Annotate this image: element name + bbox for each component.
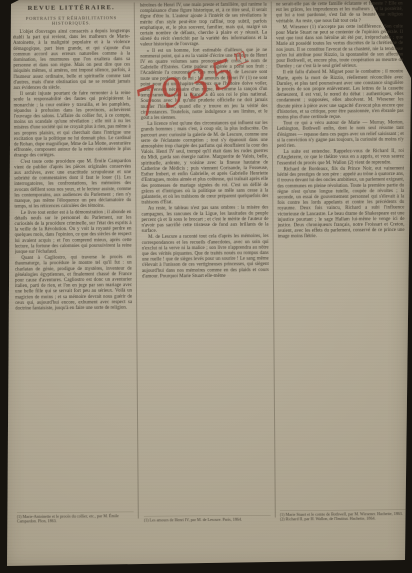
column-1: REVUE LITTÉRAIRE. PORTRAITS ET RÉHABILIT… — [13, 3, 134, 524]
body-paragraph: Tout ce qui a vécu autour de Marie — Mur… — [277, 120, 404, 149]
body-paragraph: M. de Lescure a raconté tout cela d'aprè… — [142, 233, 269, 279]
column-rule-2 — [271, 1, 276, 517]
column-3-footnotes: (1) Marie Stuart et le comte de Bothwell… — [280, 509, 407, 521]
column-3: ne serait-elle pas de cette famille écla… — [276, 0, 407, 521]
body-paragraph: Quant à Cagliostro, qui traverse le proc… — [15, 254, 132, 311]
masthead: REVUE LITTÉRAIRE. PORTRAITS ET RÉHABILIT… — [13, 4, 130, 26]
column-3-text: ne serait-elle pas de cette famille écla… — [276, 0, 407, 507]
body-paragraph: M. Wiesener (1) n'accepte pas cette indi… — [276, 23, 403, 69]
body-paragraph: La suite est entendue. Rappelez-vous de … — [277, 148, 404, 166]
body-paragraph: Le livre tout entier est à la démonstrat… — [14, 209, 131, 255]
article-subtitle: PORTRAITS ET RÉHABILITATIONS HISTORIQUES… — [13, 15, 130, 26]
body-paragraph: Il serait injuste pourtant de faire remo… — [13, 90, 131, 158]
footnote: (1) Les amours de Henri IV, par M. de Le… — [144, 517, 271, 523]
body-paragraph: ne serait-elle pas de cette famille écla… — [276, 0, 403, 23]
column-rule-1 — [134, 3, 139, 519]
body-paragraph: La licence n'est qu'une des circonstance… — [141, 120, 269, 205]
body-paragraph: Au reste, le tableau n'est pas sans ombr… — [141, 205, 268, 234]
body-paragraph: Richard de Bordeaux, fils du Prince Noir… — [277, 165, 405, 239]
body-paragraph: C'est toute cette procédure que M. Émile… — [14, 158, 131, 209]
column-1-text: L'objet d'ouvrages ainsi consacrés a dep… — [13, 28, 134, 509]
footnote: (2) Richard II, par H. Wallon, de l'Inst… — [280, 516, 407, 522]
article-title: REVUE LITTÉRAIRE. — [13, 4, 130, 12]
scanned-newspaper-photo: { "page": { "title": "REVUE LITTÉRAIRE."… — [0, 0, 412, 573]
column-1-footnotes: (1) Marie-Antoinette et le procès du col… — [17, 511, 134, 523]
body-paragraph: héroïnes de Henri IV, une main preste et… — [140, 2, 267, 48]
footnote: (1) Marie-Antoinette et le procès du col… — [17, 513, 134, 523]
page-content: REVUE LITTÉRAIRE. PORTRAITS ET RÉHABILIT… — [0, 0, 412, 573]
body-paragraph: L'objet d'ouvrages ainsi consacrés a dep… — [13, 28, 130, 91]
body-paragraph: Il eût fallu d'abord M. Mignet pour le c… — [276, 69, 403, 120]
column-2-footnotes: (1) Les amours de Henri IV, par M. de Le… — [144, 515, 271, 523]
